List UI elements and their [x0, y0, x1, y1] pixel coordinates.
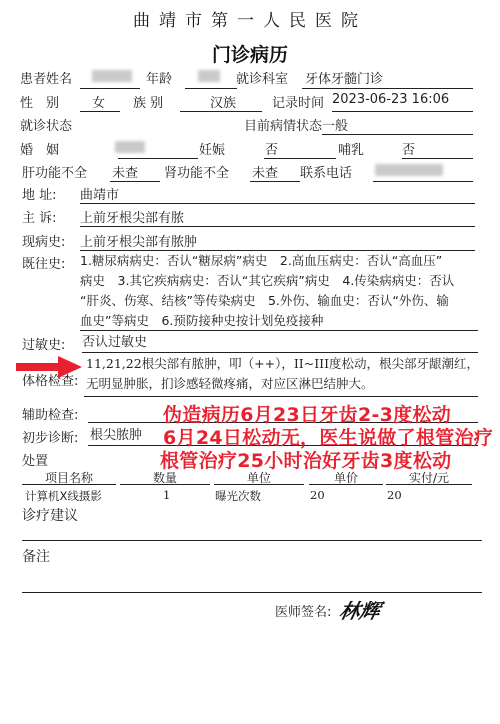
exam-line: 11,21,22根尖部有脓肿，叩（++），II~III度松动，根尖部牙龈潮红， — [86, 354, 486, 374]
exam-line: 无明显肿胀，扪诊感轻微疼痛，对应区淋巴结肿大。 — [86, 374, 486, 394]
header-rule — [22, 484, 116, 485]
record-time-value: 2023-06-23 16:06 — [332, 92, 449, 107]
condition-label: 目前病情状态 — [244, 115, 322, 134]
table-cell-quantity: 1 — [163, 488, 170, 502]
exam-text: 11,21,22根尖部有脓肿，叩（++），II~III度松动，根尖部牙龈潮红， … — [86, 354, 486, 394]
pregnancy-value: 否 — [265, 139, 278, 158]
header-rule — [309, 484, 383, 485]
patient-name-redacted — [92, 70, 132, 82]
marriage-underline — [118, 158, 198, 159]
past-history-line: “肝炎、伤寒、结核”等传染病史 5.外伤、输血史：否认“外伤、输 — [80, 291, 480, 311]
exam-underline — [84, 396, 478, 397]
department-underline — [302, 88, 473, 89]
gender-label: 性 别 — [20, 92, 59, 111]
allergy-value: 否认过敏史 — [82, 331, 147, 350]
marriage-label: 婚 姻 — [20, 139, 59, 158]
past-history-text: 1.糖尿病病史：否认“糖尿病”病史 2.高血压病史：否认“高血压” 病史 3.其… — [80, 251, 480, 331]
doctor-signature: 林辉 — [337, 595, 383, 624]
advice-underline — [22, 540, 482, 541]
exam-label: 体格检查: — [22, 370, 78, 389]
liver-underline — [110, 181, 160, 182]
complaint-value: 上前牙根尖部有脓 — [80, 207, 184, 226]
ethnicity-label: 族 别 — [133, 92, 163, 111]
gender-underline — [80, 111, 120, 112]
phone-redacted — [375, 164, 443, 176]
table-cell-item: 计算机X线摄影 — [25, 488, 102, 504]
record-time-underline — [332, 111, 473, 112]
diagnosis-value: 根尖脓肿 — [90, 424, 142, 443]
lactation-underline — [402, 158, 473, 159]
department-label: 就诊科室 — [236, 68, 288, 87]
condition-value: 一般 — [322, 115, 348, 134]
header-rule — [120, 484, 210, 485]
age-label: 年龄 — [146, 68, 172, 87]
kidney-underline — [250, 181, 300, 182]
present-illness-value: 上前牙根尖部有脓肿 — [80, 231, 197, 250]
name-underline — [80, 88, 140, 89]
phone-underline — [373, 181, 473, 182]
header-rule — [386, 484, 472, 485]
table-cell-paid: 20 — [387, 488, 402, 502]
past-history-line: 病史 3.其它疾病病史：否认“其它疾病”病史 4.传染病病史：否认 — [80, 271, 480, 291]
liver-value: 未查 — [112, 162, 138, 181]
gender-value: 女 — [92, 92, 105, 111]
address-label: 地 址: — [22, 184, 57, 203]
address-underline — [80, 203, 475, 204]
pregnancy-label: 妊娠 — [199, 139, 225, 158]
kidney-label: 肾功能不全 — [164, 162, 229, 181]
present-illness-label: 现病史: — [22, 231, 65, 250]
lactation-label: 哺乳 — [338, 139, 364, 158]
header-rule — [214, 484, 304, 485]
diagnosis-label: 初步诊断: — [22, 427, 78, 446]
table-cell-unit: 曝光次数 — [215, 488, 261, 504]
ethnicity-value: 汉族 — [210, 92, 236, 111]
table-cell-price: 20 — [310, 488, 325, 502]
age-underline — [185, 88, 237, 89]
allergy-label: 过敏史: — [22, 334, 65, 353]
record-time-label: 记录时间 — [272, 92, 324, 111]
patient-name-label: 患者姓名 — [20, 68, 72, 87]
visit-status-label: 就诊状态 — [20, 115, 72, 134]
past-history-label: 既往史: — [22, 253, 65, 272]
age-redacted — [198, 70, 220, 82]
ethnicity-underline — [180, 111, 262, 112]
hospital-name: 曲靖市第一人民医院 — [0, 6, 500, 31]
department-value: 牙体牙髓门诊 — [305, 68, 383, 87]
marriage-redacted — [115, 141, 145, 153]
aux-exam-label: 辅助检查: — [22, 404, 78, 423]
remarks-label: 备注 — [22, 546, 50, 566]
complaint-underline — [80, 226, 475, 227]
pregnancy-underline — [264, 158, 336, 159]
condition-underline — [322, 134, 473, 135]
signature-label: 医师签名: — [275, 601, 331, 620]
kidney-value: 未查 — [252, 162, 278, 181]
phone-label: 联系电话 — [300, 162, 352, 181]
complaint-label: 主 诉: — [22, 207, 57, 226]
past-history-line: 血史”等病史 6.预防接种史按计划免疫接种 — [80, 311, 480, 331]
advice-label: 诊疗建议 — [22, 505, 78, 525]
past-history-line: 1.糖尿病病史：否认“糖尿病”病史 2.高血压病史：否认“高血压” — [80, 251, 480, 271]
allergy-underline — [82, 352, 478, 353]
liver-label: 肝功能不全 — [22, 162, 87, 181]
address-value: 曲靖市 — [80, 184, 119, 203]
treatment-label: 处置 — [22, 450, 48, 469]
document-title: 门诊病历 — [0, 40, 500, 67]
remarks-underline — [22, 592, 482, 593]
lactation-value: 否 — [402, 139, 415, 158]
